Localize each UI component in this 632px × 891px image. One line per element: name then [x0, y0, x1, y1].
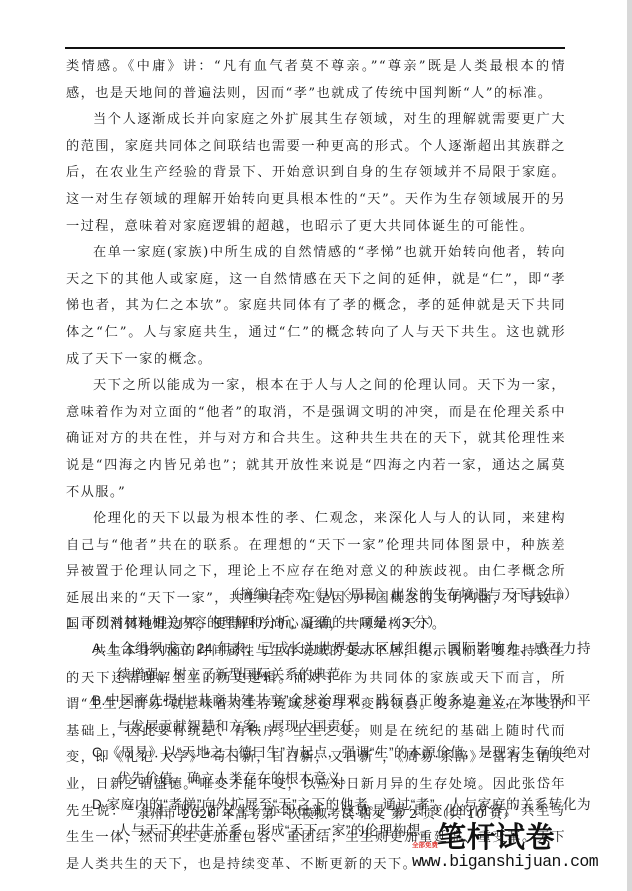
option-c-text: 《周易》以“天地之大德曰生”为起点，强调“生”的本源价值，是现实生存的绝对优先价…: [106, 745, 591, 786]
watermark-logo: 笔杆试卷 全部免费 www.biganshijuan.com: [412, 820, 592, 880]
option-d-label: D.: [92, 797, 106, 812]
option-a: A.上合组织成立 24 年来，已成长为世界最大区域组织，国际影响力、感召力持续增…: [92, 636, 591, 688]
option-c: C.《周易》以“天地之大德曰生”为起点，强调“生”的本源价值，是现实生存的绝对优…: [92, 740, 591, 792]
passage-paragraph-3: 在单一家庭(家族)中所生成的自然情感的“孝悌”也就开始转向他者，转向天之下的其他…: [66, 240, 566, 373]
header-rule: [65, 47, 565, 49]
passage-paragraph-2: 当个人逐渐成长并向家庭之外扩展其生存领域，对生的理解就需要更广大的范围，家庭共同…: [66, 107, 566, 240]
option-c-label: C.: [92, 745, 106, 760]
option-a-text: 上合组织成立 24 年来，已成长为世界最大区域组织，国际影响力、感召力持续增强，…: [106, 641, 591, 682]
watermark-free-tag: 全部免费: [412, 840, 438, 849]
option-b-text: 中国率先提出“共商共建共享”全球治理观，践行真正的多边主义，为世界和平与发展贡献…: [106, 693, 591, 734]
watermark-url: www.biganshijuan.com: [412, 852, 598, 872]
option-a-label: A.: [92, 641, 106, 656]
passage-paragraph-1: 类情感。《中庸》讲：“凡有血气者莫不尊亲。”“尊亲”既是人类最根本的情感，也是天…: [66, 54, 566, 107]
option-b-label: B.: [92, 693, 106, 708]
watermark-title: 笔杆试卷: [437, 820, 555, 854]
option-b: B.中国率先提出“共商共建共享”全球治理观，践行真正的多边主义，为世界和平与发展…: [92, 688, 591, 740]
page-edge-shadow: [627, 0, 632, 891]
passage-paragraph-4: 天下之所以能成为一家，根本在于人与人之间的伦理认同。天下为一家，意味着作为对立面…: [66, 373, 566, 506]
passage-source-citation: （摘编自李欢《从〈周易〉出发的生存境遇与天下共生》）: [226, 585, 578, 605]
question-stem: 1. 下列对材料相关内容的理解和分析，正确的一项是（3 分）: [66, 610, 566, 636]
